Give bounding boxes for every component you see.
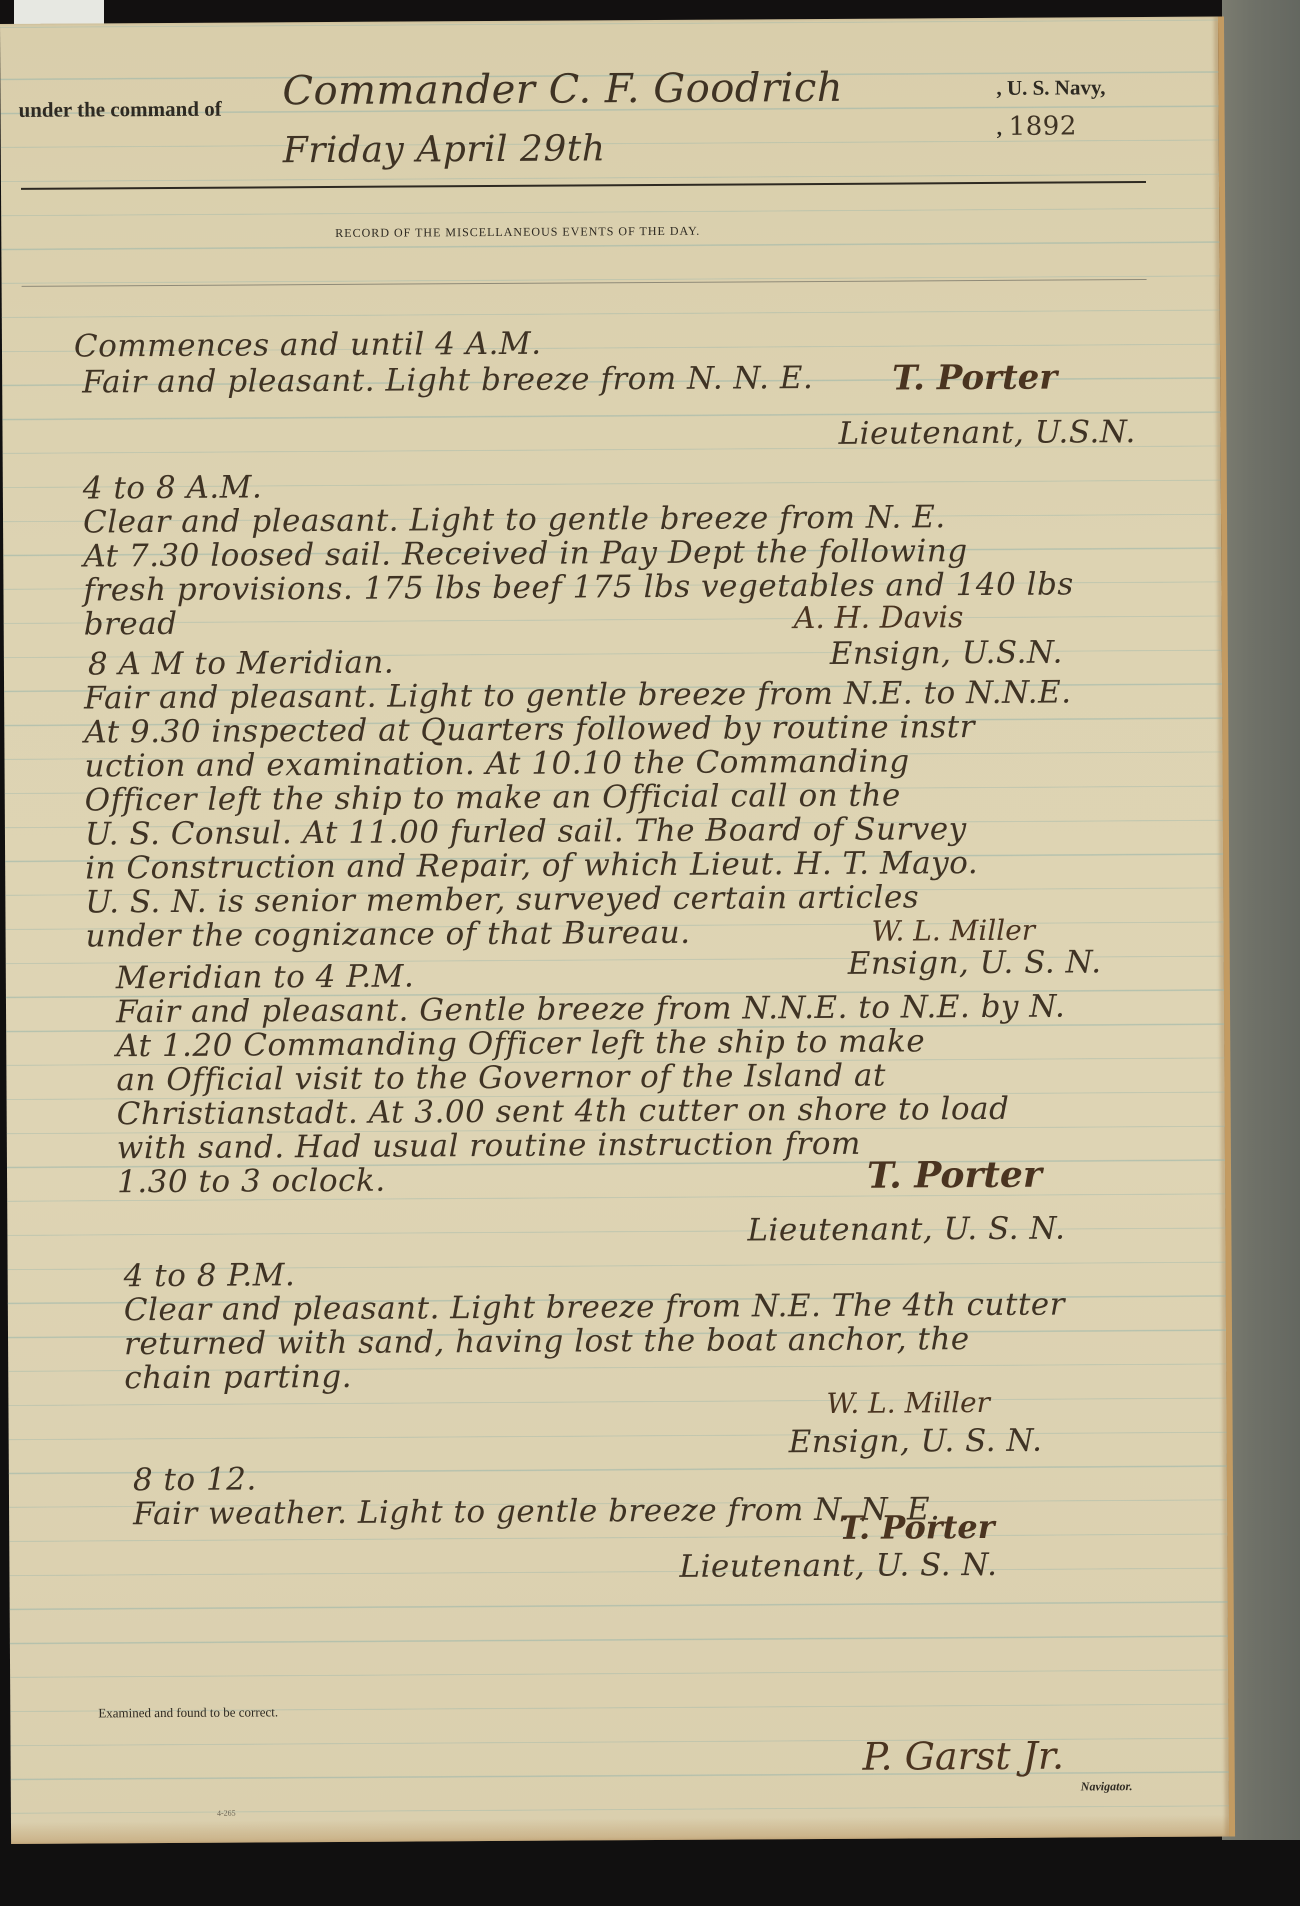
watch-heading: 8 A M to Meridian. [88,646,394,682]
entry-text-line: under the cognizance of that Bureau. [85,916,690,954]
logbook-page: under the command of Commander C. F. Goo… [0,17,1235,1844]
officer-rank: Ensign, U. S. N. [789,1424,1043,1460]
navigator-label: Navigator. [1081,1779,1133,1794]
officer-rank: Lieutenant, U. S. N. [747,1212,1065,1248]
watch-heading: Commences and until 4 A.M. [74,327,542,364]
officer-rank: Lieutenant, U. S. N. [679,1548,997,1584]
book-cover [1222,0,1300,1840]
officer-rank: Ensign, U.S.N. [830,636,1063,671]
officer-signature: W. L. Miller [871,914,1035,948]
entry-text-line: Fair and pleasant. Light breeze from N. … [82,361,813,399]
examined-statement: Examined and found to be correct. [98,1704,278,1721]
entry-text-line: Christianstadt. At 3.00 sent 4th cutter … [117,1092,1010,1131]
command-prefix: under the command of [18,97,221,123]
log-date: Friday April 29th [283,128,606,171]
entry-text-line: returned with sand, having lost the boat… [124,1322,970,1361]
navy-suffix: , U. S. Navy, [996,75,1105,101]
entry-text-line: chain parting. [124,1360,352,1395]
officer-signature: W. L. Miller [826,1386,990,1420]
entry-text-line: 1.30 to 3 oclock. [117,1164,386,1200]
officer-signature: A. H. Davis [794,600,964,636]
watch-heading: 4 to 8 A.M. [83,470,263,505]
officer-signature: T. Porter [892,358,1057,399]
watch-heading: 4 to 8 P.M. [124,1258,296,1293]
officer-signature: T. Porter [839,1508,995,1547]
officer-rank: Ensign, U. S. N. [848,945,1102,981]
year-prefix: , [997,116,1002,141]
entry-text-line: bread [84,607,178,642]
entry-text-line: with sand. Had usual routine instruction… [117,1127,861,1166]
watch-heading: Meridian to 4 P.M. [116,959,415,995]
entry-text-line: Fair weather. Light to gentle breeze fro… [133,1492,941,1531]
form-number: 4-265 [217,1809,236,1818]
section-title: RECORD OF THE MISCELLANEOUS EVENTS OF TH… [335,224,700,241]
watch-heading: 8 to 12. [133,1462,257,1497]
navigator-signature: P. Garst Jr. [862,1734,1064,1779]
log-year: 1892 [1009,111,1077,141]
entry-text-line: U. S. N. is senior member, surveyed cert… [85,880,919,919]
commander-name: Commander C. F. Goodrich [282,65,843,114]
officer-signature: T. Porter [867,1154,1042,1197]
officer-rank: Lieutenant, U.S.N. [838,415,1136,451]
